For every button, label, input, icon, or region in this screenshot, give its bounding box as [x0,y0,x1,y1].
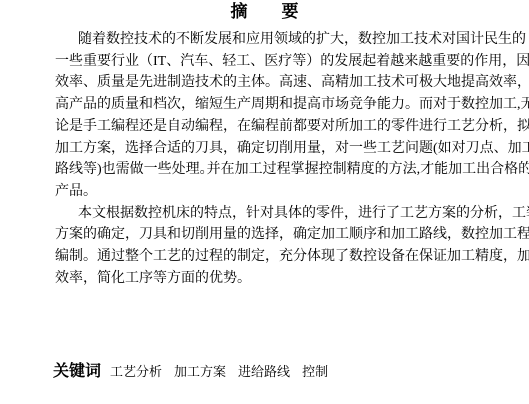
paragraph-2-line: 本文根据数控机床的特点，针对具体的零件，进行了工艺方案的分析，工装 [55,203,469,225]
keywords-row: 关键词 工艺分析 加工方案 进给路线 控制 [53,358,340,381]
paragraph-2-line: 效率，简化工序等方面的优势。 [55,268,469,290]
abstract-body: 随着数控技术的不断发展和应用领域的扩大，数控加工技术对国计民生的 一些重要行业（… [55,29,469,289]
paragraph-1-line: 高产品的质量和档次，缩短生产周期和提高市场竞争能力。而对于数控加工,无 [55,94,469,116]
paragraph-1-line: 产品。 [55,181,469,203]
keywords-label: 关键词 [53,358,101,381]
paragraph-1-line: 加工方案，选择合适的刀具，确定切削用量，对一些工艺问题(如对刀点、加工 [55,138,469,160]
keyword-item: 加工方案 [174,361,226,380]
paragraph-2: 本文根据数控机床的特点，针对具体的零件，进行了工艺方案的分析，工装 方案的确定，… [55,203,469,290]
keyword-item: 工艺分析 [110,361,162,380]
paragraph-1-line: 随着数控技术的不断发展和应用领域的扩大，数控加工技术对国计民生的 [55,29,469,51]
paragraph-1-line: 论是手工编程还是自动编程，在编程前都要对所加工的零件进行工艺分析，拟定 [55,116,469,138]
keyword-item: 控制 [302,361,328,380]
paragraph-1: 随着数控技术的不断发展和应用领域的扩大，数控加工技术对国计民生的 一些重要行业（… [55,29,469,203]
abstract-page: 摘 要 随着数控技术的不断发展和应用领域的扩大，数控加工技术对国计民生的 一些重… [0,0,529,404]
paragraph-1-line: 效率、质量是先进制造技术的主体。高速、高精加工技术可极大地提高效率，提 [55,72,469,94]
paragraph-1-line: 一些重要行业（IT、汽车、轻工、医疗等）的发展起着越来越重要的作用，因为 [55,51,469,73]
paragraph-2-line: 方案的确定，刀具和切削用量的选择，确定加工顺序和加工路线，数控加工程序 [55,224,469,246]
paragraph-1-line: 路线等)也需做一些处理｡并在加工过程掌握控制精度的方法,才能加工出合格的 [55,159,469,181]
paragraph-2-line: 编制。通过整个工艺的过程的制定，充分体现了数控设备在保证加工精度，加工 [55,246,469,268]
page-title: 摘 要 [0,2,529,22]
keyword-item: 进给路线 [238,361,290,380]
